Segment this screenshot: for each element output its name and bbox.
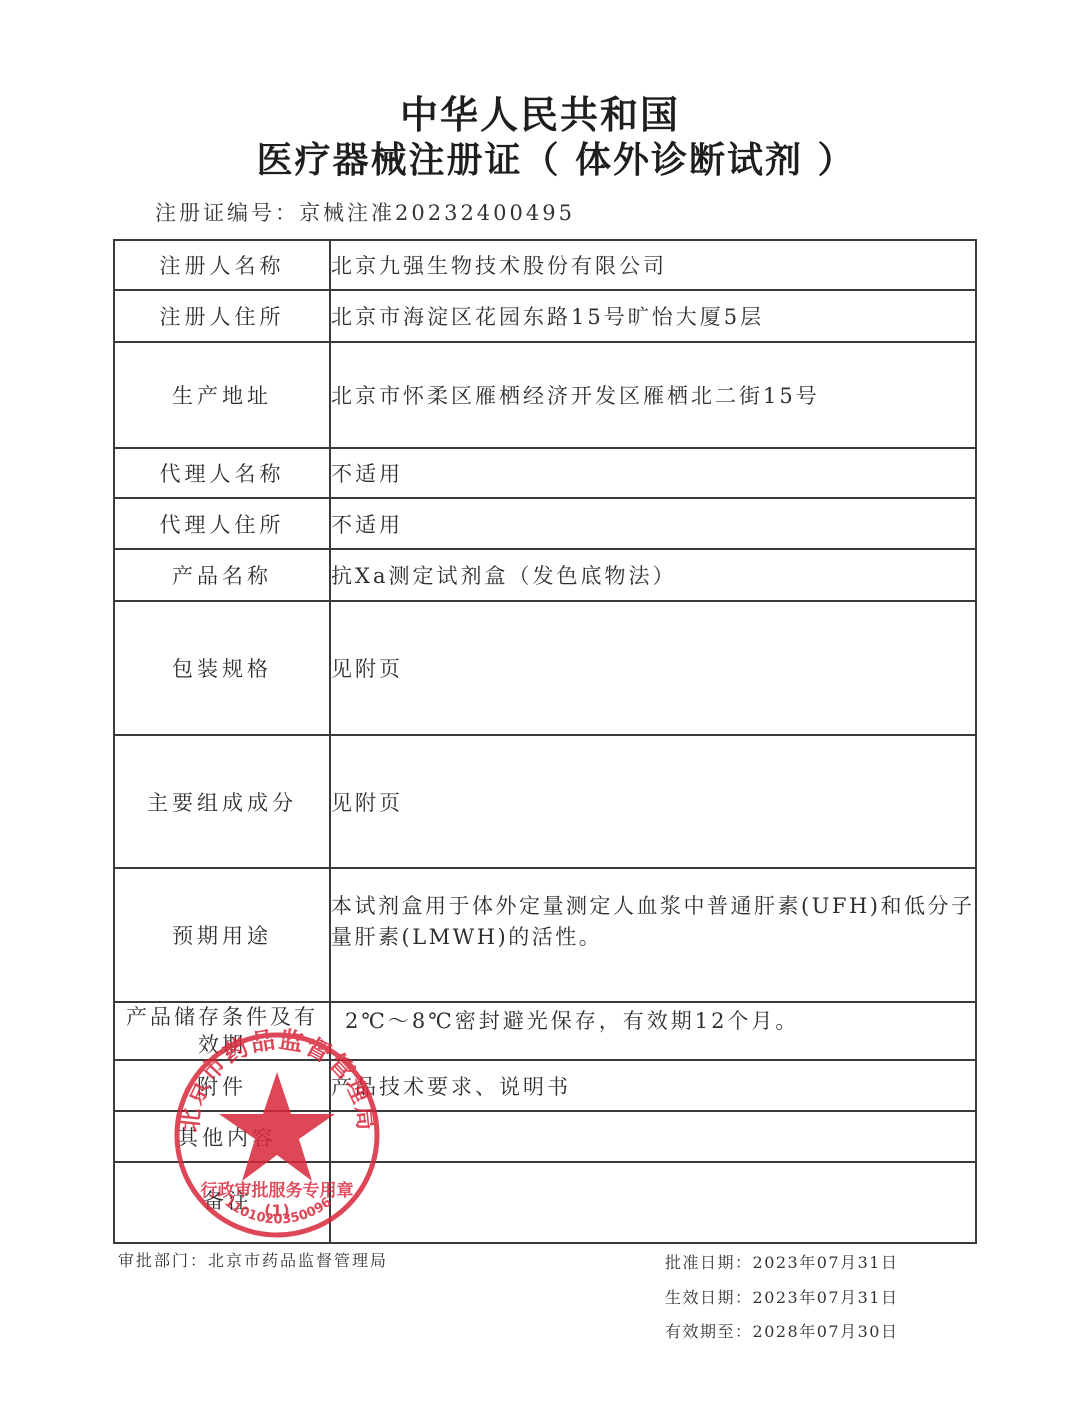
- effective-date: 生效日期：2023年07月31日: [665, 1285, 898, 1308]
- row-label-main-components: 主要组成成分: [114, 735, 330, 868]
- row-value-product-name: 抗Xa测定试剂盒（发色底物法）: [330, 549, 976, 601]
- table-row: 注册人名称 北京九强生物技术股份有限公司: [114, 240, 976, 290]
- row-label-production-address: 生产地址: [114, 342, 330, 448]
- row-value-package-spec: 见附页: [330, 601, 976, 735]
- valid-until-label: 有效期至：: [665, 1322, 753, 1341]
- row-value-agent-address: 不适用: [330, 498, 976, 549]
- row-value-production-address: 北京市怀柔区雁栖经济开发区雁栖北二街15号: [330, 342, 976, 448]
- table-row: 代理人住所 不适用: [114, 498, 976, 549]
- table-row: 产品名称 抗Xa测定试剂盒（发色底物法）: [114, 549, 976, 601]
- row-value-attachments: 产品技术要求、说明书: [330, 1060, 976, 1111]
- approval-department-label: 审批部门：: [118, 1251, 208, 1270]
- valid-until-value: 2028年07月30日: [753, 1322, 899, 1341]
- row-label-package-spec: 包装规格: [114, 601, 330, 735]
- effective-date-label: 生效日期：: [665, 1288, 753, 1307]
- row-value-agent-name: 不适用: [330, 448, 976, 498]
- registration-number: 注册证编号：京械注准20232400495: [155, 197, 575, 227]
- row-label-attachments: 附件: [114, 1060, 330, 1111]
- table-row: 生产地址 北京市怀柔区雁栖经济开发区雁栖北二街15号: [114, 342, 976, 448]
- document-title-certificate: 医疗器械注册证（ 体外诊断试剂 ）: [16, 132, 1080, 183]
- table-row: 主要组成成分 见附页: [114, 735, 976, 868]
- row-label-remarks: 备注: [114, 1162, 330, 1243]
- approval-date-label: 批准日期：: [665, 1253, 753, 1272]
- row-label-registrant-address: 注册人住所: [114, 290, 330, 342]
- row-label-registrant-name: 注册人名称: [114, 240, 330, 290]
- approval-date-value: 2023年07月31日: [753, 1253, 899, 1272]
- row-label-product-name: 产品名称: [114, 549, 330, 601]
- row-label-other: 其他内容: [114, 1111, 330, 1162]
- approval-department-value: 北京市药品监督管理局: [208, 1251, 388, 1270]
- valid-until: 有效期至：2028年07月30日: [665, 1319, 898, 1342]
- row-value-registrant-address: 北京市海淀区花园东路15号旷怡大厦5层: [330, 290, 976, 342]
- table-row: 注册人住所 北京市海淀区花园东路15号旷怡大厦5层: [114, 290, 976, 342]
- row-value-main-components: 见附页: [330, 735, 976, 868]
- row-value-remarks: [330, 1162, 976, 1243]
- approval-department: 审批部门：北京市药品监督管理局: [118, 1248, 388, 1271]
- table-row: 产品储存条件及有效期 2℃～8℃密封避光保存，有效期12个月。: [114, 1002, 976, 1060]
- row-label-agent-name: 代理人名称: [114, 448, 330, 498]
- registration-number-label: 注册证编号：: [155, 201, 299, 225]
- table-row: 其他内容: [114, 1111, 976, 1162]
- row-label-storage: 产品储存条件及有效期: [114, 1002, 330, 1060]
- table-row: 附件 产品技术要求、说明书: [114, 1060, 976, 1111]
- row-value-registrant-name: 北京九强生物技术股份有限公司: [330, 240, 976, 290]
- document-title-country: 中华人民共和国: [0, 84, 1080, 139]
- registration-number-value: 京械注准20232400495: [299, 201, 575, 225]
- row-label-agent-address: 代理人住所: [114, 498, 330, 549]
- table-row: 代理人名称 不适用: [114, 448, 976, 498]
- table-row: 备注: [114, 1162, 976, 1243]
- certificate-table: 注册人名称 北京九强生物技术股份有限公司 注册人住所 北京市海淀区花园东路15号…: [113, 239, 977, 1244]
- table-row: 预期用途 本试剂盒用于体外定量测定人血浆中普通肝素(UFH)和低分子量肝素(LM…: [114, 868, 976, 1002]
- effective-date-value: 2023年07月31日: [753, 1288, 899, 1307]
- table-row: 包装规格 见附页: [114, 601, 976, 735]
- row-value-intended-use: 本试剂盒用于体外定量测定人血浆中普通肝素(UFH)和低分子量肝素(LMWH)的活…: [330, 868, 976, 1002]
- row-value-other: [330, 1111, 976, 1162]
- row-label-intended-use: 预期用途: [114, 868, 330, 1002]
- approval-date: 批准日期：2023年07月31日: [665, 1250, 898, 1273]
- row-value-storage: 2℃～8℃密封避光保存，有效期12个月。: [330, 1002, 976, 1060]
